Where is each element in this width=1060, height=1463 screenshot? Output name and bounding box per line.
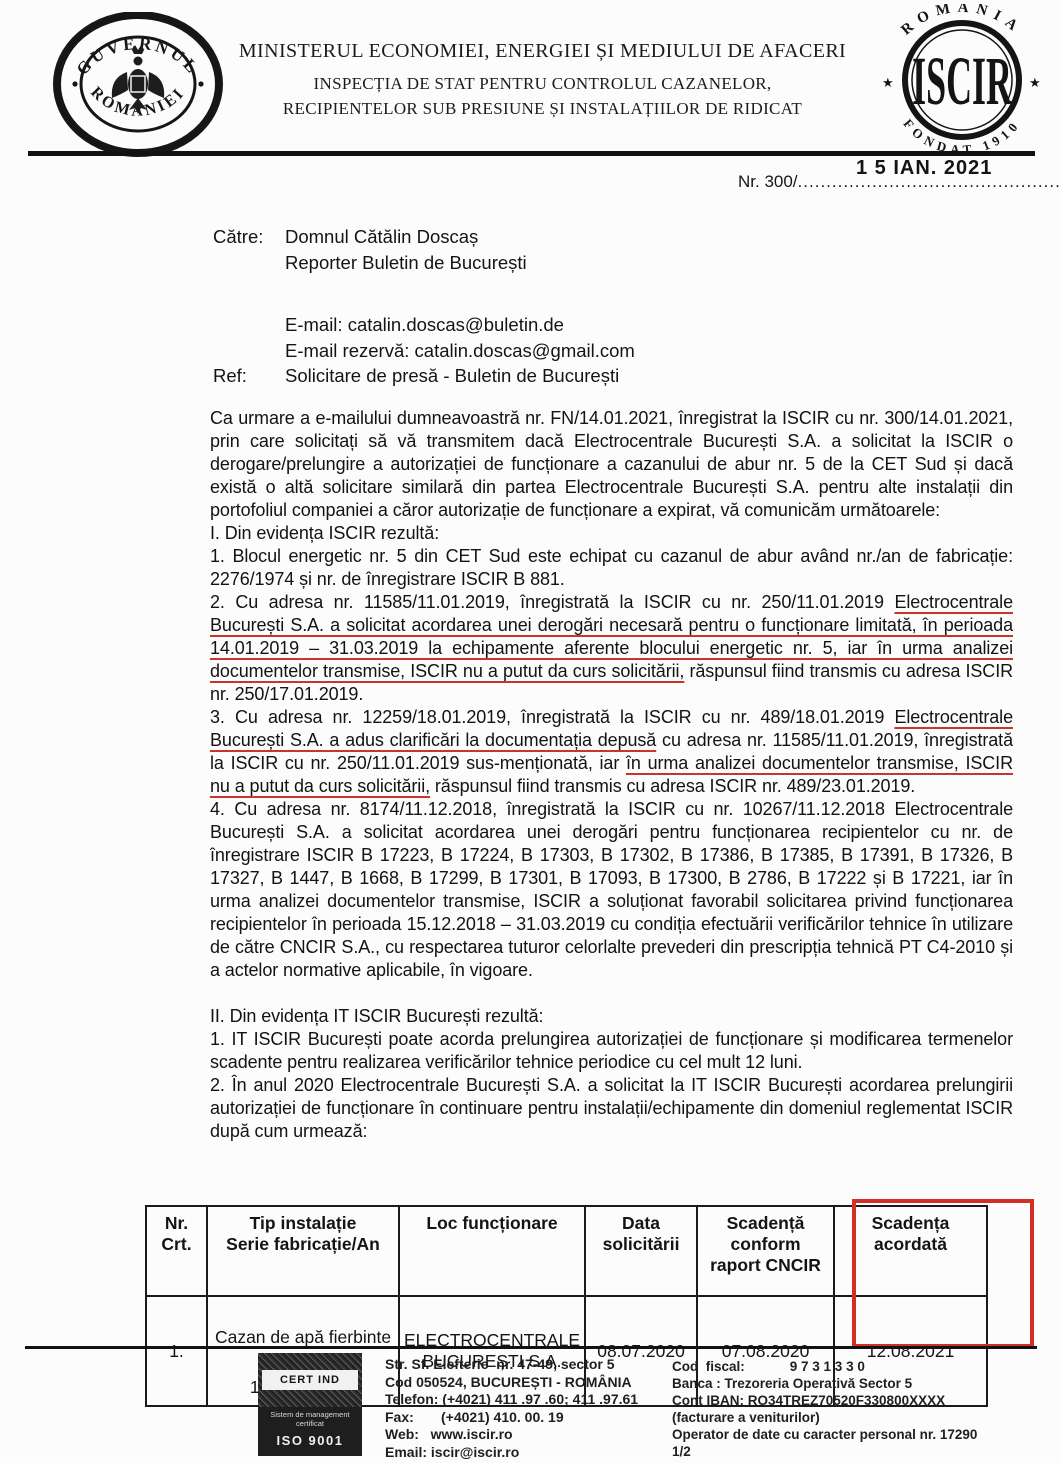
postal-line: Cod 050524, BUCUREȘTI - ROMÂNIA bbox=[385, 1374, 638, 1392]
footer-divider bbox=[25, 1346, 1037, 1349]
paragraph: 3. Cu adresa nr. 12259/18.01.2019, înreg… bbox=[210, 706, 1013, 798]
paragraph: II. Din evidența IT ISCIR București rezu… bbox=[210, 1005, 1013, 1028]
col-header-data-solicitarii: Data solicitării bbox=[585, 1206, 697, 1296]
page-number: 1/2 bbox=[672, 1443, 977, 1460]
ref-subject: Solicitare de presă - Buletin de Bucureș… bbox=[285, 363, 619, 389]
cell-nr: 1. bbox=[146, 1296, 207, 1406]
col-header-tip-instalatie: Tip instalație Serie fabricație/An bbox=[207, 1206, 399, 1296]
body-text: 2. Cu adresa nr. 11585/11.01.2019, înreg… bbox=[210, 592, 894, 612]
body-text: 1. IT ISCIR București poate acorda prelu… bbox=[210, 1029, 1013, 1072]
header-divider bbox=[28, 151, 1035, 156]
invoicing-line: (facturare a veniturilor) bbox=[672, 1409, 977, 1426]
logo-name-text: ISCIR bbox=[912, 43, 1013, 120]
body-text: 4. Cu adresa nr. 8174/11.12.2018, înregi… bbox=[210, 799, 1013, 980]
ref-label: Ref: bbox=[213, 363, 285, 389]
body-text: I. Din evidența ISCIR rezultă: bbox=[210, 523, 439, 543]
fax-line: Fax: (+4021) 410. 00. 19 bbox=[385, 1409, 638, 1427]
tip-line1: Cazan de apă fierbinte bbox=[215, 1327, 391, 1347]
scanned-letter-page: GUVERNUL ROMÂNIEI MINISTERUL ECONOMIEI, … bbox=[0, 0, 1060, 1463]
col-header-nr-crt: Nr. Crt. bbox=[146, 1206, 207, 1296]
iso-9001-badge-icon: CERT IND Sistem de management certificat… bbox=[258, 1353, 362, 1456]
body-text: 2. În anul 2020 Electrocentrale Bucureșt… bbox=[210, 1075, 1013, 1141]
to-label: Către: bbox=[213, 224, 285, 250]
registration-number: Nr. 300/................................… bbox=[738, 172, 1033, 192]
contact-block: Str. Sf. Elefterie nr. 47-49, sector 5 C… bbox=[385, 1356, 638, 1461]
body-text: 3. Cu adresa nr. 12259/18.01.2019, înreg… bbox=[210, 707, 894, 727]
iscir-logo-icon: ROMANIA FONDAT 1910 ISCIR ★ ★ bbox=[872, 4, 1052, 154]
registration-number-label: Nr. 300/ bbox=[738, 172, 798, 191]
email-line: Email: iscir@iscir.ro bbox=[385, 1444, 638, 1462]
badge-caption: Sistem de management certificat bbox=[258, 1407, 362, 1428]
bank-line: Banca : Trezoreria Operativă Sector 5 bbox=[672, 1375, 977, 1392]
ministry-line-2: INSPECȚIA DE STAT PENTRU CONTROLUL CAZAN… bbox=[235, 71, 850, 96]
web-line: Web: www.iscir.ro bbox=[385, 1426, 638, 1444]
fiscal-code-line: Cod fiscal: 9 7 3 1 3 3 0 bbox=[672, 1358, 977, 1375]
addressee-block: Către: Domnul Cătălin Doscaș Reporter Bu… bbox=[213, 224, 635, 389]
ministry-line-1: MINISTERUL ECONOMIEI, ENERGIEI ȘI MEDIUL… bbox=[235, 40, 850, 63]
logo-star-left: ★ bbox=[882, 75, 894, 90]
body-text: II. Din evidența IT ISCIR București rezu… bbox=[210, 1006, 543, 1026]
paragraph: 1. Blocul energetic nr. 5 din CET Sud es… bbox=[210, 545, 1013, 591]
col-header-loc-functionare: Loc funcționare bbox=[399, 1206, 585, 1296]
body-text: Ca urmare a e-mailului dumneavoastră nr.… bbox=[210, 408, 1013, 520]
body-text: răspunsul fiind transmis cu adresa ISCIR… bbox=[430, 776, 915, 796]
paragraph: 4. Cu adresa nr. 8174/11.12.2018, înregi… bbox=[210, 798, 1013, 982]
recipient-email: E-mail: catalin.doscas@buletin.de bbox=[285, 312, 635, 338]
ministry-header: MINISTERUL ECONOMIEI, ENERGIEI ȘI MEDIUL… bbox=[235, 40, 850, 121]
address-line: Str. Sf. Elefterie nr. 47-49, sector 5 bbox=[385, 1356, 638, 1374]
recipient-title: Reporter Buletin de București bbox=[285, 250, 635, 276]
paragraph: 2. Cu adresa nr. 11585/11.01.2019, înreg… bbox=[210, 591, 1013, 706]
body-paragraphs: Ca urmare a e-mailului dumneavoastră nr.… bbox=[210, 407, 1013, 1143]
date-stamp: 1 5 IAN. 2021 bbox=[856, 157, 992, 180]
iban-line: Cont IBAN: RO34TREZ70520F330800XXXX bbox=[672, 1392, 977, 1409]
paragraph: 2. În anul 2020 Electrocentrale Bucureșt… bbox=[210, 1074, 1013, 1143]
body-text: 1. Blocul energetic nr. 5 din CET Sud es… bbox=[210, 546, 1013, 589]
ministry-line-3: RECIPIENTELOR SUB PRESIUNE ȘI INSTALAȚII… bbox=[235, 96, 850, 121]
phone-line: Telefon: (+4021) 411 .97 .60; 411 .97.61 bbox=[385, 1391, 638, 1409]
data-operator-line: Operator de date cu caracter personal nr… bbox=[672, 1426, 977, 1443]
paragraph: I. Din evidența ISCIR rezultă: bbox=[210, 522, 1013, 545]
logo-star-right: ★ bbox=[1029, 75, 1041, 90]
fiscal-block: Cod fiscal: 9 7 3 1 3 3 0 Banca : Trezor… bbox=[672, 1358, 977, 1460]
table-header-row: Nr. Crt. Tip instalație Serie fabricație… bbox=[146, 1206, 987, 1296]
iso-9001-label: ISO 9001 bbox=[258, 1433, 362, 1448]
paragraph: 1. IT ISCIR București poate acorda prelu… bbox=[210, 1028, 1013, 1074]
guvernul-romaniei-seal-icon: GUVERNUL ROMÂNIEI bbox=[52, 12, 224, 157]
col-header-scadenta-acordata: Scadența acordată bbox=[834, 1206, 987, 1296]
paragraph: Ca urmare a e-mailului dumneavoastră nr.… bbox=[210, 407, 1013, 522]
recipient-name: Domnul Cătălin Doscaș bbox=[285, 224, 478, 250]
recipient-email-backup: E-mail rezervă: catalin.doscas@gmail.com bbox=[285, 338, 635, 364]
cert-ind-label: CERT IND bbox=[262, 1370, 358, 1390]
col-header-scadenta-cncir: Scadență conform raport CNCIR bbox=[697, 1206, 834, 1296]
